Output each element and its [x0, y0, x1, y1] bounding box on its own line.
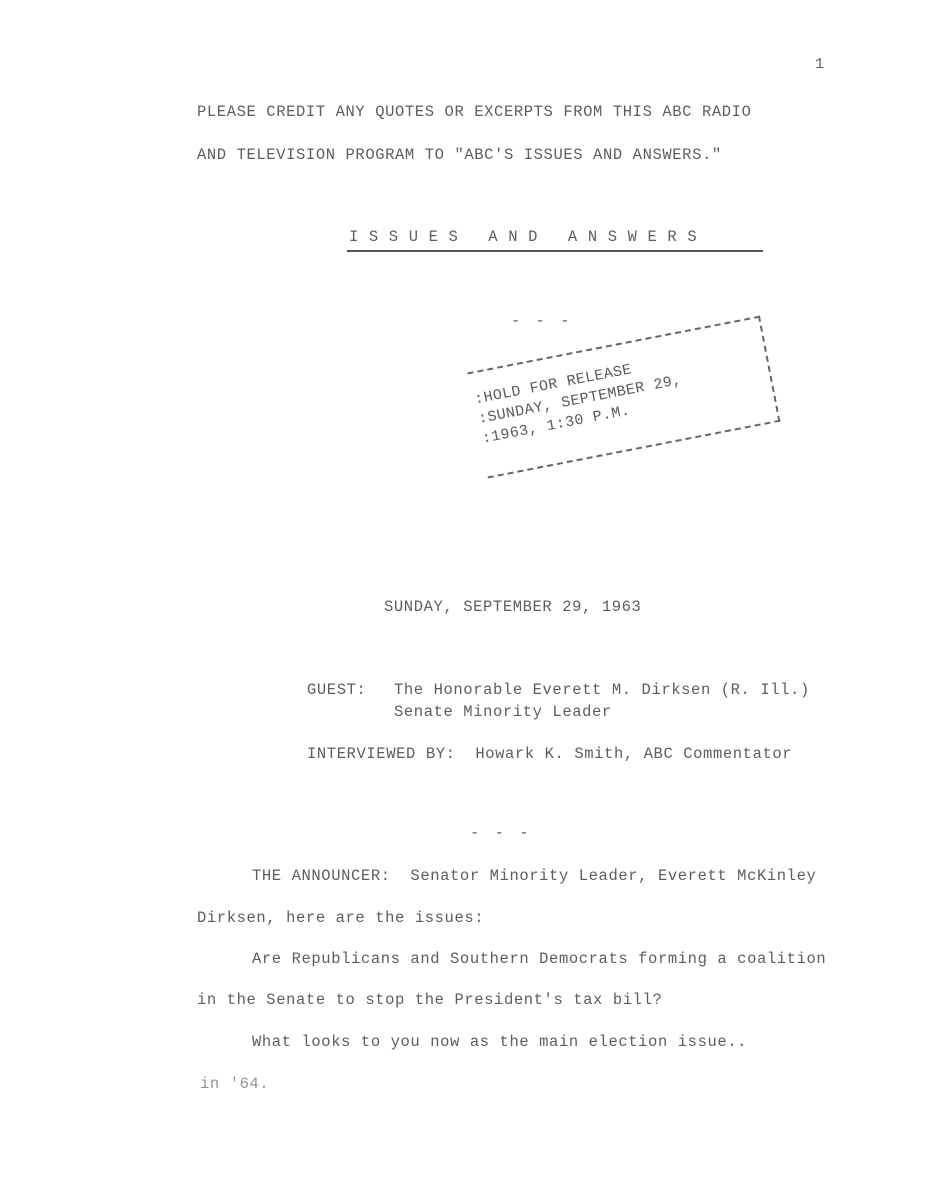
hold-for-release-stamp: :HOLD FOR RELEASE :SUNDAY, SEPTEMBER 29,…	[462, 288, 779, 463]
interviewer-line: INTERVIEWED BY: Howark K. Smith, ABC Com…	[307, 747, 792, 763]
broadcast-date: SUNDAY, SEPTEMBER 29, 1963	[384, 600, 641, 616]
question-2-line-1: What looks to you now as the main electi…	[252, 1035, 747, 1051]
question-2-line-2: in '64.	[200, 1077, 269, 1093]
announcer-line-1: THE ANNOUNCER: Senator Minority Leader, …	[252, 869, 816, 885]
question-1-line-1: Are Republicans and Southern Democrats f…	[252, 952, 826, 968]
announcer-line-2: Dirksen, here are the issues:	[197, 911, 484, 927]
title-underline	[347, 250, 763, 252]
guest-name: The Honorable Everett M. Dirksen (R. Ill…	[394, 683, 810, 699]
page-number: 1	[815, 57, 825, 72]
separator-bottom: - - -	[470, 826, 532, 842]
credit-notice-line-2: AND TELEVISION PROGRAM TO "ABC'S ISSUES …	[197, 148, 722, 164]
program-title: ISSUES AND ANSWERS	[349, 230, 707, 246]
credit-notice-line-1: PLEASE CREDIT ANY QUOTES OR EXCERPTS FRO…	[197, 105, 751, 121]
question-1-line-2: in the Senate to stop the President's ta…	[197, 993, 662, 1009]
guest-label: GUEST:	[307, 683, 366, 699]
guest-title: Senate Minority Leader	[394, 705, 612, 721]
